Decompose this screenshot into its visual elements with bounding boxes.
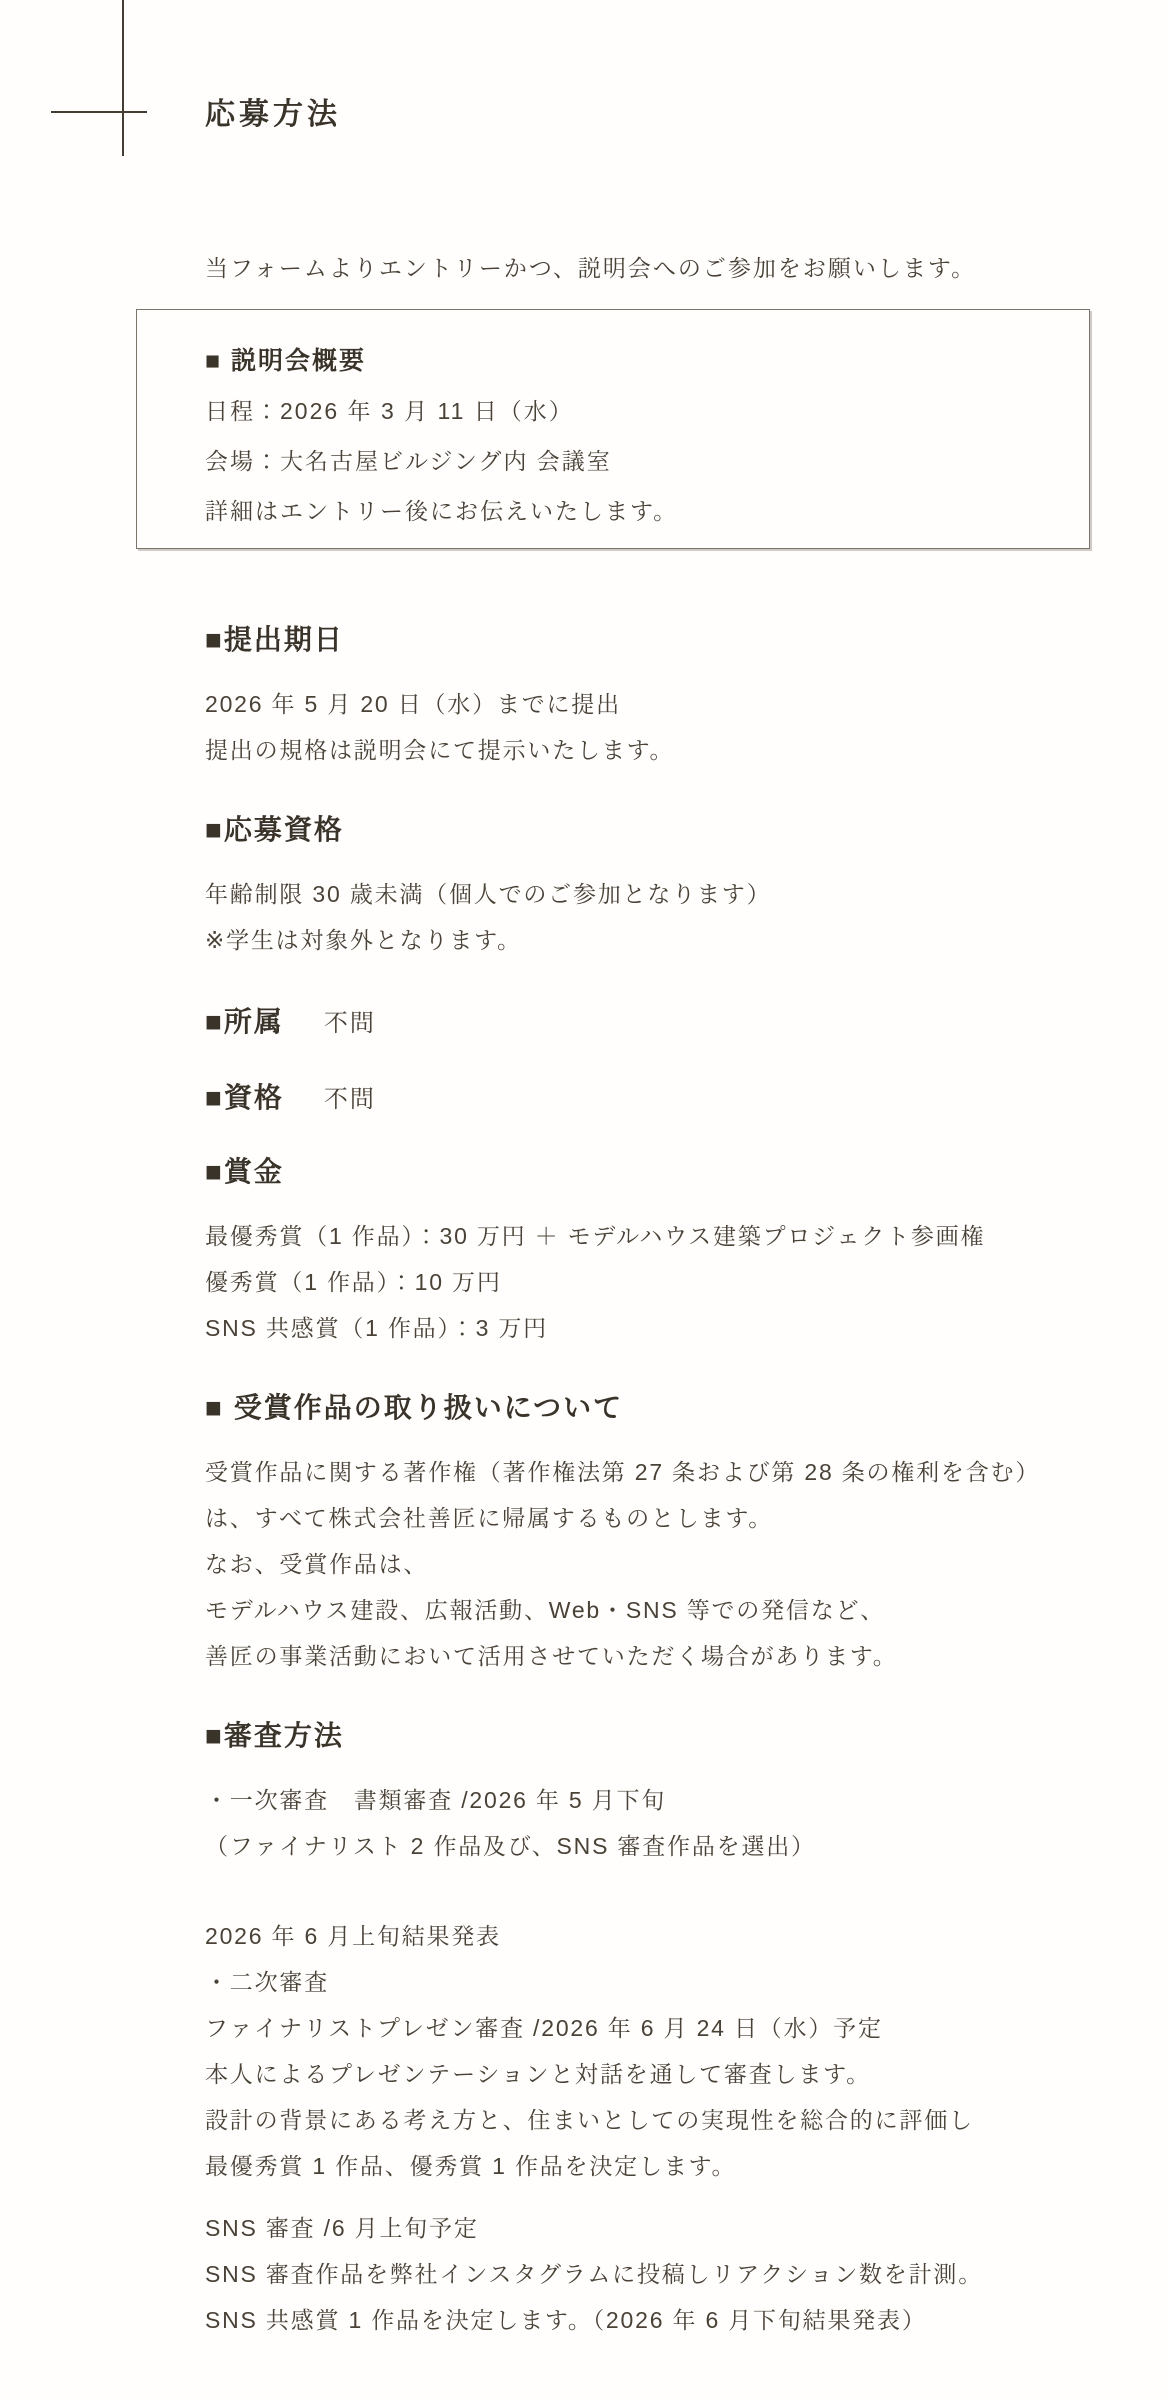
sns-prize-line: SNS 共感賞（1 作品）：3 万円 <box>205 1305 1115 1351</box>
section-qualification: ■資格不問 <box>205 1079 1115 1115</box>
content-column: 応募方法 当フォームよりエントリーかつ、説明会へのご参加をお願いします。 ■ 説… <box>205 0 1115 2343</box>
screening-method-heading: ■審査方法 <box>205 1719 1115 1753</box>
affiliation-heading: ■所属 <box>205 1005 284 1039</box>
submission-deadline-heading: ■提出期日 <box>205 623 1115 657</box>
crop-mark-horizontal <box>51 111 147 113</box>
crop-mark-vertical <box>122 0 124 156</box>
section-screening-method: ■審査方法 ・一次審査 書類審査 /2026 年 5 月下旬 （ファイナリスト … <box>205 1719 1115 2343</box>
first-screening-line: ・一次審査 書類審査 /2026 年 5 月下旬 <box>205 1777 1115 1823</box>
finalist-presentation-line: ファイナリストプレゼン審査 /2026 年 6 月 24 日（水）予定 <box>205 2005 1115 2051</box>
grand-prize-line: 最優秀賞（1 作品）：30 万円 ＋ モデルハウス建築プロジェクト参画権 <box>205 1213 1115 1259</box>
page-title: 応募方法 <box>205 97 1115 133</box>
qualification-value: 不問 <box>324 1086 376 1113</box>
second-screening-label-line: ・二次審査 <box>205 1959 1115 2005</box>
eligibility-student-note: ※学生は対象外となります。 <box>205 917 1115 963</box>
intro-text: 当フォームよりエントリーかつ、説明会へのご参加をお願いします。 <box>205 245 1115 291</box>
eligibility-heading: ■応募資格 <box>205 813 1115 847</box>
sns-instagram-line: SNS 審査作品を弊社インスタグラムに投稿しリアクション数を計測。 <box>205 2251 1115 2297</box>
section-affiliation: ■所属不問 <box>205 1003 1115 1039</box>
briefing-overview-box: ■ 説明会概要 日程：2026 年 3 月 11 日（水） 会場：大名古屋ビルジ… <box>136 309 1090 549</box>
section-eligibility: ■応募資格 年齢制限 30 歳未満（個人でのご参加となります） ※学生は対象外と… <box>205 813 1115 963</box>
winning-works-heading: ■ 受賞作品の取り扱いについて <box>205 1391 1115 1425</box>
briefing-note-line: 詳細はエントリー後にお伝えいたします。 <box>205 486 1089 536</box>
prize-money-heading: ■賞金 <box>205 1155 1115 1189</box>
briefing-overview-heading: ■ 説明会概要 <box>205 336 1089 386</box>
sns-prize-decision-line: SNS 共感賞 1 作品を決定します。（2026 年 6 月下旬結果発表） <box>205 2297 1115 2343</box>
application-method-page: 応募方法 当フォームよりエントリーかつ、説明会へのご参加をお願いします。 ■ 説… <box>0 0 1169 2399</box>
first-screening-selection-line: （ファイナリスト 2 作品及び、SNS 審査作品を選出） <box>205 1823 1115 1869</box>
briefing-date-line: 日程：2026 年 3 月 11 日（水） <box>205 386 1089 436</box>
prize-decision-line: 最優秀賞 1 作品、優秀賞 1 作品を決定します。 <box>205 2143 1115 2189</box>
copyright-line-1: 受賞作品に関する著作権（著作権法第 27 条および第 28 条の権利を含む） <box>205 1449 1115 1495</box>
copyright-line-5: 善匠の事業活動において活用させていただく場合があります。 <box>205 1633 1115 1679</box>
first-result-announce-line: 2026 年 6 月上旬結果発表 <box>205 1913 1115 1959</box>
submission-deadline-line: 2026 年 5 月 20 日（水）までに提出 <box>205 681 1115 727</box>
first-screening-paragraph: ・一次審査 書類審査 /2026 年 5 月下旬 （ファイナリスト 2 作品及び… <box>205 1777 1115 1869</box>
briefing-venue-line: 会場：大名古屋ビルジング内 会議室 <box>205 436 1089 486</box>
eligibility-age-line: 年齢制限 30 歳未満（個人でのご参加となります） <box>205 871 1115 917</box>
evaluation-criteria-line: 設計の背景にある考え方と、住まいとしての実現性を総合的に評価し <box>205 2097 1115 2143</box>
copyright-line-2: は、すべて株式会社善匠に帰属するものとします。 <box>205 1495 1115 1541</box>
presentation-dialogue-line: 本人によるプレゼンテーションと対話を通して審査します。 <box>205 2051 1115 2097</box>
section-prize-money: ■賞金 最優秀賞（1 作品）：30 万円 ＋ モデルハウス建築プロジェクト参画権… <box>205 1155 1115 1351</box>
qualification-heading: ■資格 <box>205 1081 284 1115</box>
section-submission-deadline: ■提出期日 2026 年 5 月 20 日（水）までに提出 提出の規格は説明会に… <box>205 623 1115 773</box>
section-winning-works-handling: ■ 受賞作品の取り扱いについて 受賞作品に関する著作権（著作権法第 27 条およ… <box>205 1391 1115 1679</box>
second-screening-paragraph: 2026 年 6 月上旬結果発表 ・二次審査 ファイナリストプレゼン審査 /20… <box>205 1913 1115 2189</box>
submission-format-line: 提出の規格は説明会にて提示いたします。 <box>205 727 1115 773</box>
sns-screening-schedule-line: SNS 審査 /6 月上旬予定 <box>205 2205 1115 2251</box>
excellence-prize-line: 優秀賞（1 作品）：10 万円 <box>205 1259 1115 1305</box>
copyright-line-3: なお、受賞作品は、 <box>205 1541 1115 1587</box>
affiliation-value: 不問 <box>324 1010 376 1037</box>
copyright-line-4: モデルハウス建設、広報活動、Web・SNS 等での発信など、 <box>205 1587 1115 1633</box>
sns-screening-paragraph: SNS 審査 /6 月上旬予定 SNS 審査作品を弊社インスタグラムに投稿しリア… <box>205 2205 1115 2343</box>
